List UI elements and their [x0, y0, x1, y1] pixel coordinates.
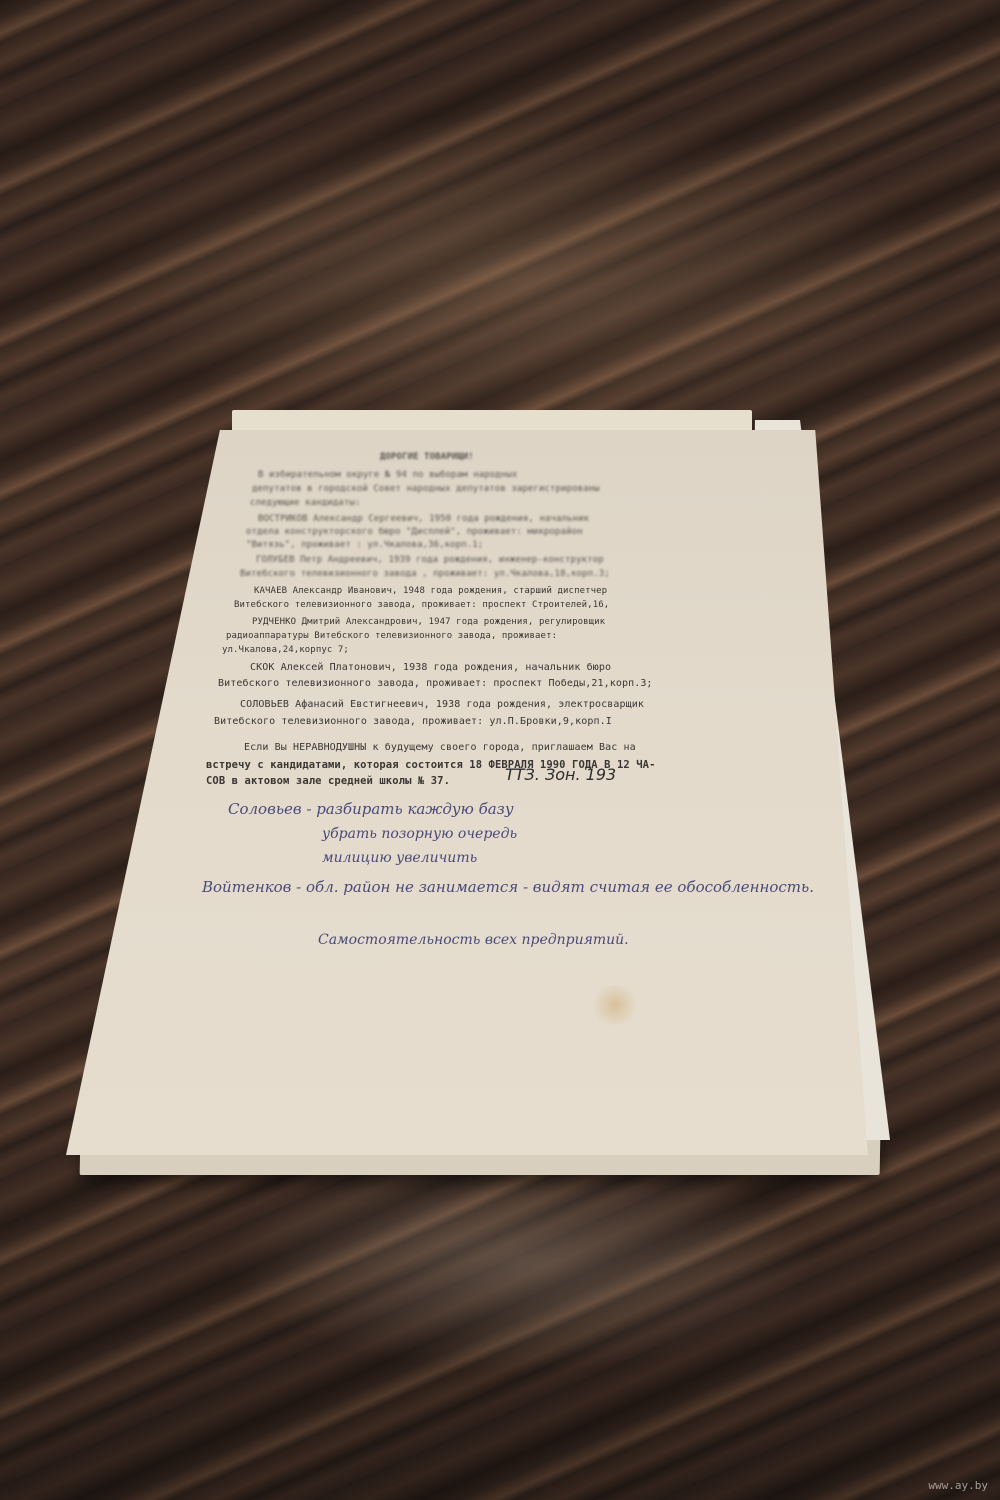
candidate-line: КАЧАЕВ Александр Иванович, 1948 года рож… — [254, 586, 607, 596]
closing-line: СОВ в актовом зале средней школы № 37. — [206, 775, 450, 787]
handwritten-note: милицию увеличить — [322, 850, 477, 866]
candidate-line: ГОЛУБЕВ Петр Андреевич, 1939 года рожден… — [256, 555, 604, 565]
stamp-annotation: ТТЗ. Зон. 193 — [505, 765, 616, 784]
candidate-line: ВОСТРИКОВ Александр Сергеевич, 1950 года… — [258, 514, 589, 524]
paper-stain — [590, 985, 640, 1025]
intro-line: депутатов в городской Совет народных деп… — [252, 484, 600, 494]
candidate-line: Витебского телевизионного завода , прожи… — [240, 569, 610, 579]
candidate-line: отдела конструкторского бюро "Дисплей", … — [246, 527, 583, 537]
candidate-line: СКОК Алексей Платонович, 1938 года рожде… — [250, 662, 611, 673]
candidate-line: ул.Чкалова,24,корпус 7; — [222, 645, 349, 655]
candidate-line: радиоаппаратуры Витебского телевизионног… — [226, 631, 557, 641]
handwritten-note: Войтенков - обл. район не занимается - в… — [202, 878, 814, 896]
document-title: ДОРОГИЕ ТОВАРИЩИ! — [380, 452, 474, 462]
intro-line: В избирательном округе № 94 по выборам н… — [258, 470, 517, 480]
candidate-line: Витебского телевизионного завода, прожив… — [218, 678, 653, 689]
candidate-line: СОЛОВЬЕВ Афанасий Евстигнеевич, 1938 год… — [240, 699, 644, 710]
intro-line: следующие кандидаты: — [250, 498, 360, 508]
handwritten-note: Соловьев - разбирать каждую базу — [228, 800, 514, 818]
candidate-line: Витебского телевизионного завода, прожив… — [234, 600, 609, 610]
candidate-line: "Витязь", проживает : ул.Чкалова,36,корп… — [246, 540, 483, 550]
candidate-line: Витебского телевизионного завода, прожив… — [214, 716, 612, 727]
handwritten-note: убрать позорную очередь — [322, 826, 517, 842]
closing-line: Если Вы НЕРАВНОДУШНЫ к будущему своего г… — [244, 742, 636, 753]
watermark: www.ay.by — [928, 1479, 988, 1492]
handwritten-note: Самостоятельность всех предприятий. — [318, 932, 629, 948]
candidate-line: РУДЧЕНКО Дмитрий Александрович, 1947 год… — [252, 617, 605, 627]
